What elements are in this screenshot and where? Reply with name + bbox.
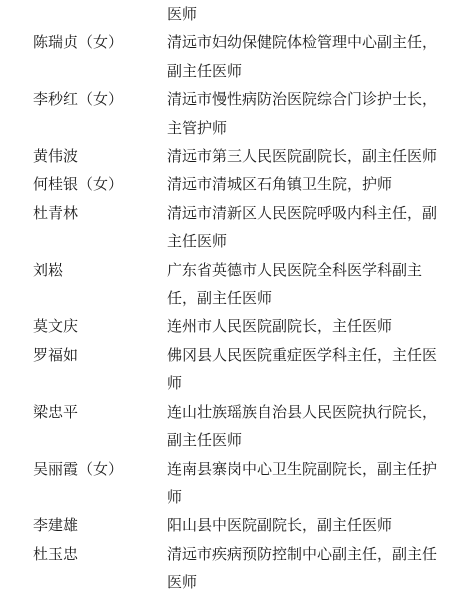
roster-entry-row: 罗福如 佛冈县人民医院重症医学科主任，主任医师 bbox=[33, 342, 443, 399]
entry-name: 黄伟波 bbox=[33, 143, 167, 171]
roster-entry-row: 何桂银（女） 清远市清城区石角镇卫生院，护师 bbox=[33, 171, 443, 199]
entry-description: 连州市人民医院副院长，主任医师 bbox=[167, 313, 439, 341]
entry-name: 罗福如 bbox=[33, 342, 167, 370]
entry-description: 阳山县中医院副院长，副主任医师 bbox=[167, 512, 439, 540]
entry-description: 广东省英德市人民医院全科医学科副主任，副主任医师 bbox=[167, 257, 439, 314]
roster-entry-row: 李秒红（女） 清远市慢性病防治医院综合门诊护士长，主管护师 bbox=[33, 86, 443, 143]
entry-name: 杜玉忠 bbox=[33, 541, 167, 569]
roster-entry-row: 李建雄 阳山县中医院副院长，副主任医师 bbox=[33, 512, 443, 540]
roster-entry-row: 黄伟波 清远市第三人民医院副院长，副主任医师 bbox=[33, 143, 443, 171]
entry-description: 清远市清城区石角镇卫生院，护师 bbox=[167, 171, 439, 199]
entry-name: 李秒红（女） bbox=[33, 86, 167, 114]
entry-description: 连南县寨岗中心卫生院副院长，副主任护师 bbox=[167, 456, 439, 513]
personnel-roster: 医师 陈瑞贞（女） 清远市妇幼保健院体检管理中心副主任，副主任医师 李秒红（女）… bbox=[33, 1, 443, 598]
entry-description-continuation: 医师 bbox=[167, 1, 439, 29]
entry-description: 清远市妇幼保健院体检管理中心副主任，副主任医师 bbox=[167, 29, 439, 86]
roster-entry-row: 杜青林 清远市清新区人民医院呼吸内科主任，副主任医师 bbox=[33, 200, 443, 257]
entry-description: 清远市慢性病防治医院综合门诊护士长，主管护师 bbox=[167, 86, 439, 143]
entry-description: 清远市第三人民医院副院长，副主任医师 bbox=[167, 143, 439, 171]
entry-name: 梁忠平 bbox=[33, 399, 167, 427]
roster-entry-row: 陈瑞贞（女） 清远市妇幼保健院体检管理中心副主任，副主任医师 bbox=[33, 29, 443, 86]
entry-description: 佛冈县人民医院重症医学科主任，主任医师 bbox=[167, 342, 439, 399]
continuation-row: 医师 bbox=[33, 1, 443, 29]
roster-entry-row: 刘崧 广东省英德市人民医院全科医学科副主任，副主任医师 bbox=[33, 257, 443, 314]
entry-name: 何桂银（女） bbox=[33, 171, 167, 199]
entry-name: 莫文庆 bbox=[33, 313, 167, 341]
roster-entries: 陈瑞贞（女） 清远市妇幼保健院体检管理中心副主任，副主任医师 李秒红（女） 清远… bbox=[33, 29, 443, 597]
entry-name: 刘崧 bbox=[33, 257, 167, 285]
entry-name: 李建雄 bbox=[33, 512, 167, 540]
roster-entry-row: 吴丽霞（女） 连南县寨岗中心卫生院副院长，副主任护师 bbox=[33, 456, 443, 513]
roster-entry-row: 杜玉忠 清远市疾病预防控制中心副主任，副主任医师 bbox=[33, 541, 443, 598]
entry-description: 清远市清新区人民医院呼吸内科主任，副主任医师 bbox=[167, 200, 439, 257]
roster-entry-row: 莫文庆 连州市人民医院副院长，主任医师 bbox=[33, 313, 443, 341]
entry-name: 吴丽霞（女） bbox=[33, 456, 167, 484]
entry-description: 清远市疾病预防控制中心副主任，副主任医师 bbox=[167, 541, 439, 598]
roster-entry-row: 梁忠平 连山壮族瑶族自治县人民医院执行院长，副主任医师 bbox=[33, 399, 443, 456]
entry-name: 陈瑞贞（女） bbox=[33, 29, 167, 57]
entry-name: 杜青林 bbox=[33, 200, 167, 228]
entry-description: 连山壮族瑶族自治县人民医院执行院长，副主任医师 bbox=[167, 399, 439, 456]
